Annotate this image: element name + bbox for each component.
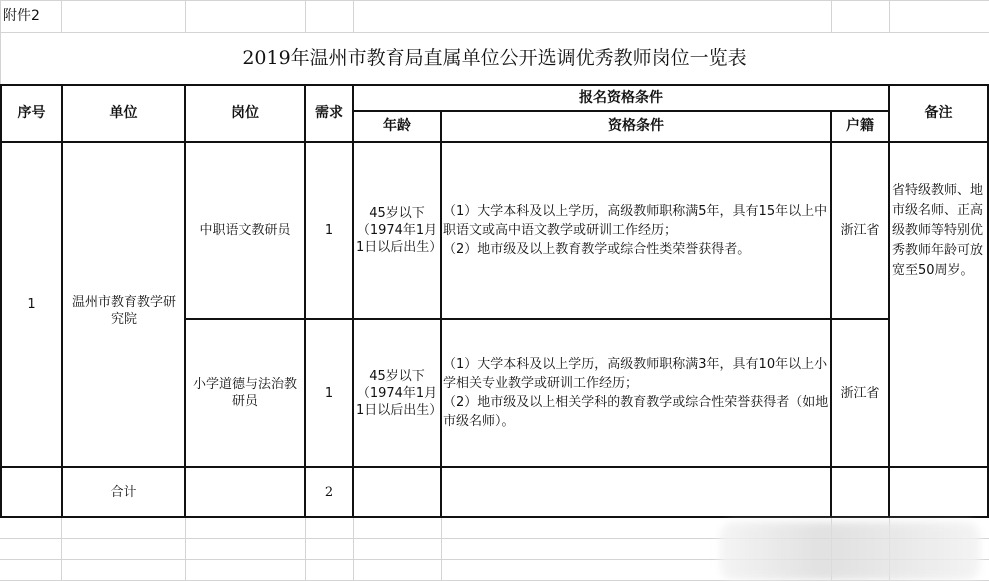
header-hukou: 户籍 (832, 112, 888, 141)
gridline (0, 0, 989, 1)
attachment-label: 附件2 (3, 1, 61, 32)
gridline (61, 0, 62, 32)
row1-demand: 1 (306, 143, 352, 318)
gridline (185, 518, 186, 581)
table-border (440, 110, 442, 518)
header-unit: 单位 (63, 86, 184, 141)
gridline (889, 0, 890, 32)
gridline (353, 0, 354, 32)
total-label: 合计 (63, 468, 184, 516)
page-title: 2019年温州市教育局直属单位公开选调优秀教师岗位一览表 (0, 33, 989, 84)
row1-qualifications: （1）大学本科及以上学历，高级教师职称满5年，具有15年以上中职语文或高中语文教… (443, 143, 829, 318)
header-requirements-group: 报名资格条件 (354, 86, 888, 110)
row2-hukou: 浙江省 (832, 320, 888, 466)
gridline (353, 518, 354, 581)
group-unit: 温州市教育教学研究院 (68, 143, 180, 466)
table-border (352, 84, 354, 518)
row2-demand: 1 (306, 320, 352, 466)
header-remarks: 备注 (890, 86, 987, 141)
gridline (831, 0, 832, 32)
gridline (305, 0, 306, 32)
row1-age: 45岁以下（1974年1月1日以后出生） (356, 143, 438, 318)
header-qualifications: 资格条件 (442, 112, 830, 141)
gridline (441, 518, 442, 581)
row2-qualification-2: （2）地市级及以上相关学科的教育教学或综合性荣誉获得者（如地市级名师）。 (443, 393, 829, 431)
row1-qualification-2: （2）地市级及以上教育教学或综合性类荣誉获得者。 (443, 240, 750, 259)
gridline (185, 0, 186, 32)
table-border (888, 84, 890, 518)
gridline (305, 518, 306, 581)
header-age: 年龄 (354, 112, 440, 141)
row2-qualifications: （1）大学本科及以上学历，高级教师职称满3年，具有10年以上小学相关专业教学或研… (443, 320, 829, 466)
blurred-watermark (720, 522, 980, 580)
group-remarks: 省特级教师、地市级名师、正高级教师等特别优秀教师年龄可放宽至50周岁。 (892, 143, 986, 318)
header-demand: 需求 (306, 86, 352, 141)
header-position: 岗位 (186, 86, 304, 141)
total-demand: 2 (306, 468, 352, 516)
row2-age: 45岁以下（1974年1月1日以后出生） (356, 320, 438, 466)
row2-qualification-1: （1）大学本科及以上学历，高级教师职称满3年，具有10年以上小学相关专业教学或研… (443, 355, 829, 393)
table-border (61, 84, 63, 518)
row1-position: 中职语文教研员 (186, 143, 304, 318)
group-seq: 1 (2, 143, 61, 466)
table-border (0, 516, 989, 518)
row1-hukou: 浙江省 (832, 143, 888, 318)
gridline (61, 518, 62, 581)
row2-position: 小学道德与法治教研员 (190, 320, 300, 466)
row1-qualification-1: （1）大学本科及以上学历，高级教师职称满5年，具有15年以上中职语文或高中语文教… (443, 202, 829, 240)
header-seq: 序号 (2, 86, 61, 141)
